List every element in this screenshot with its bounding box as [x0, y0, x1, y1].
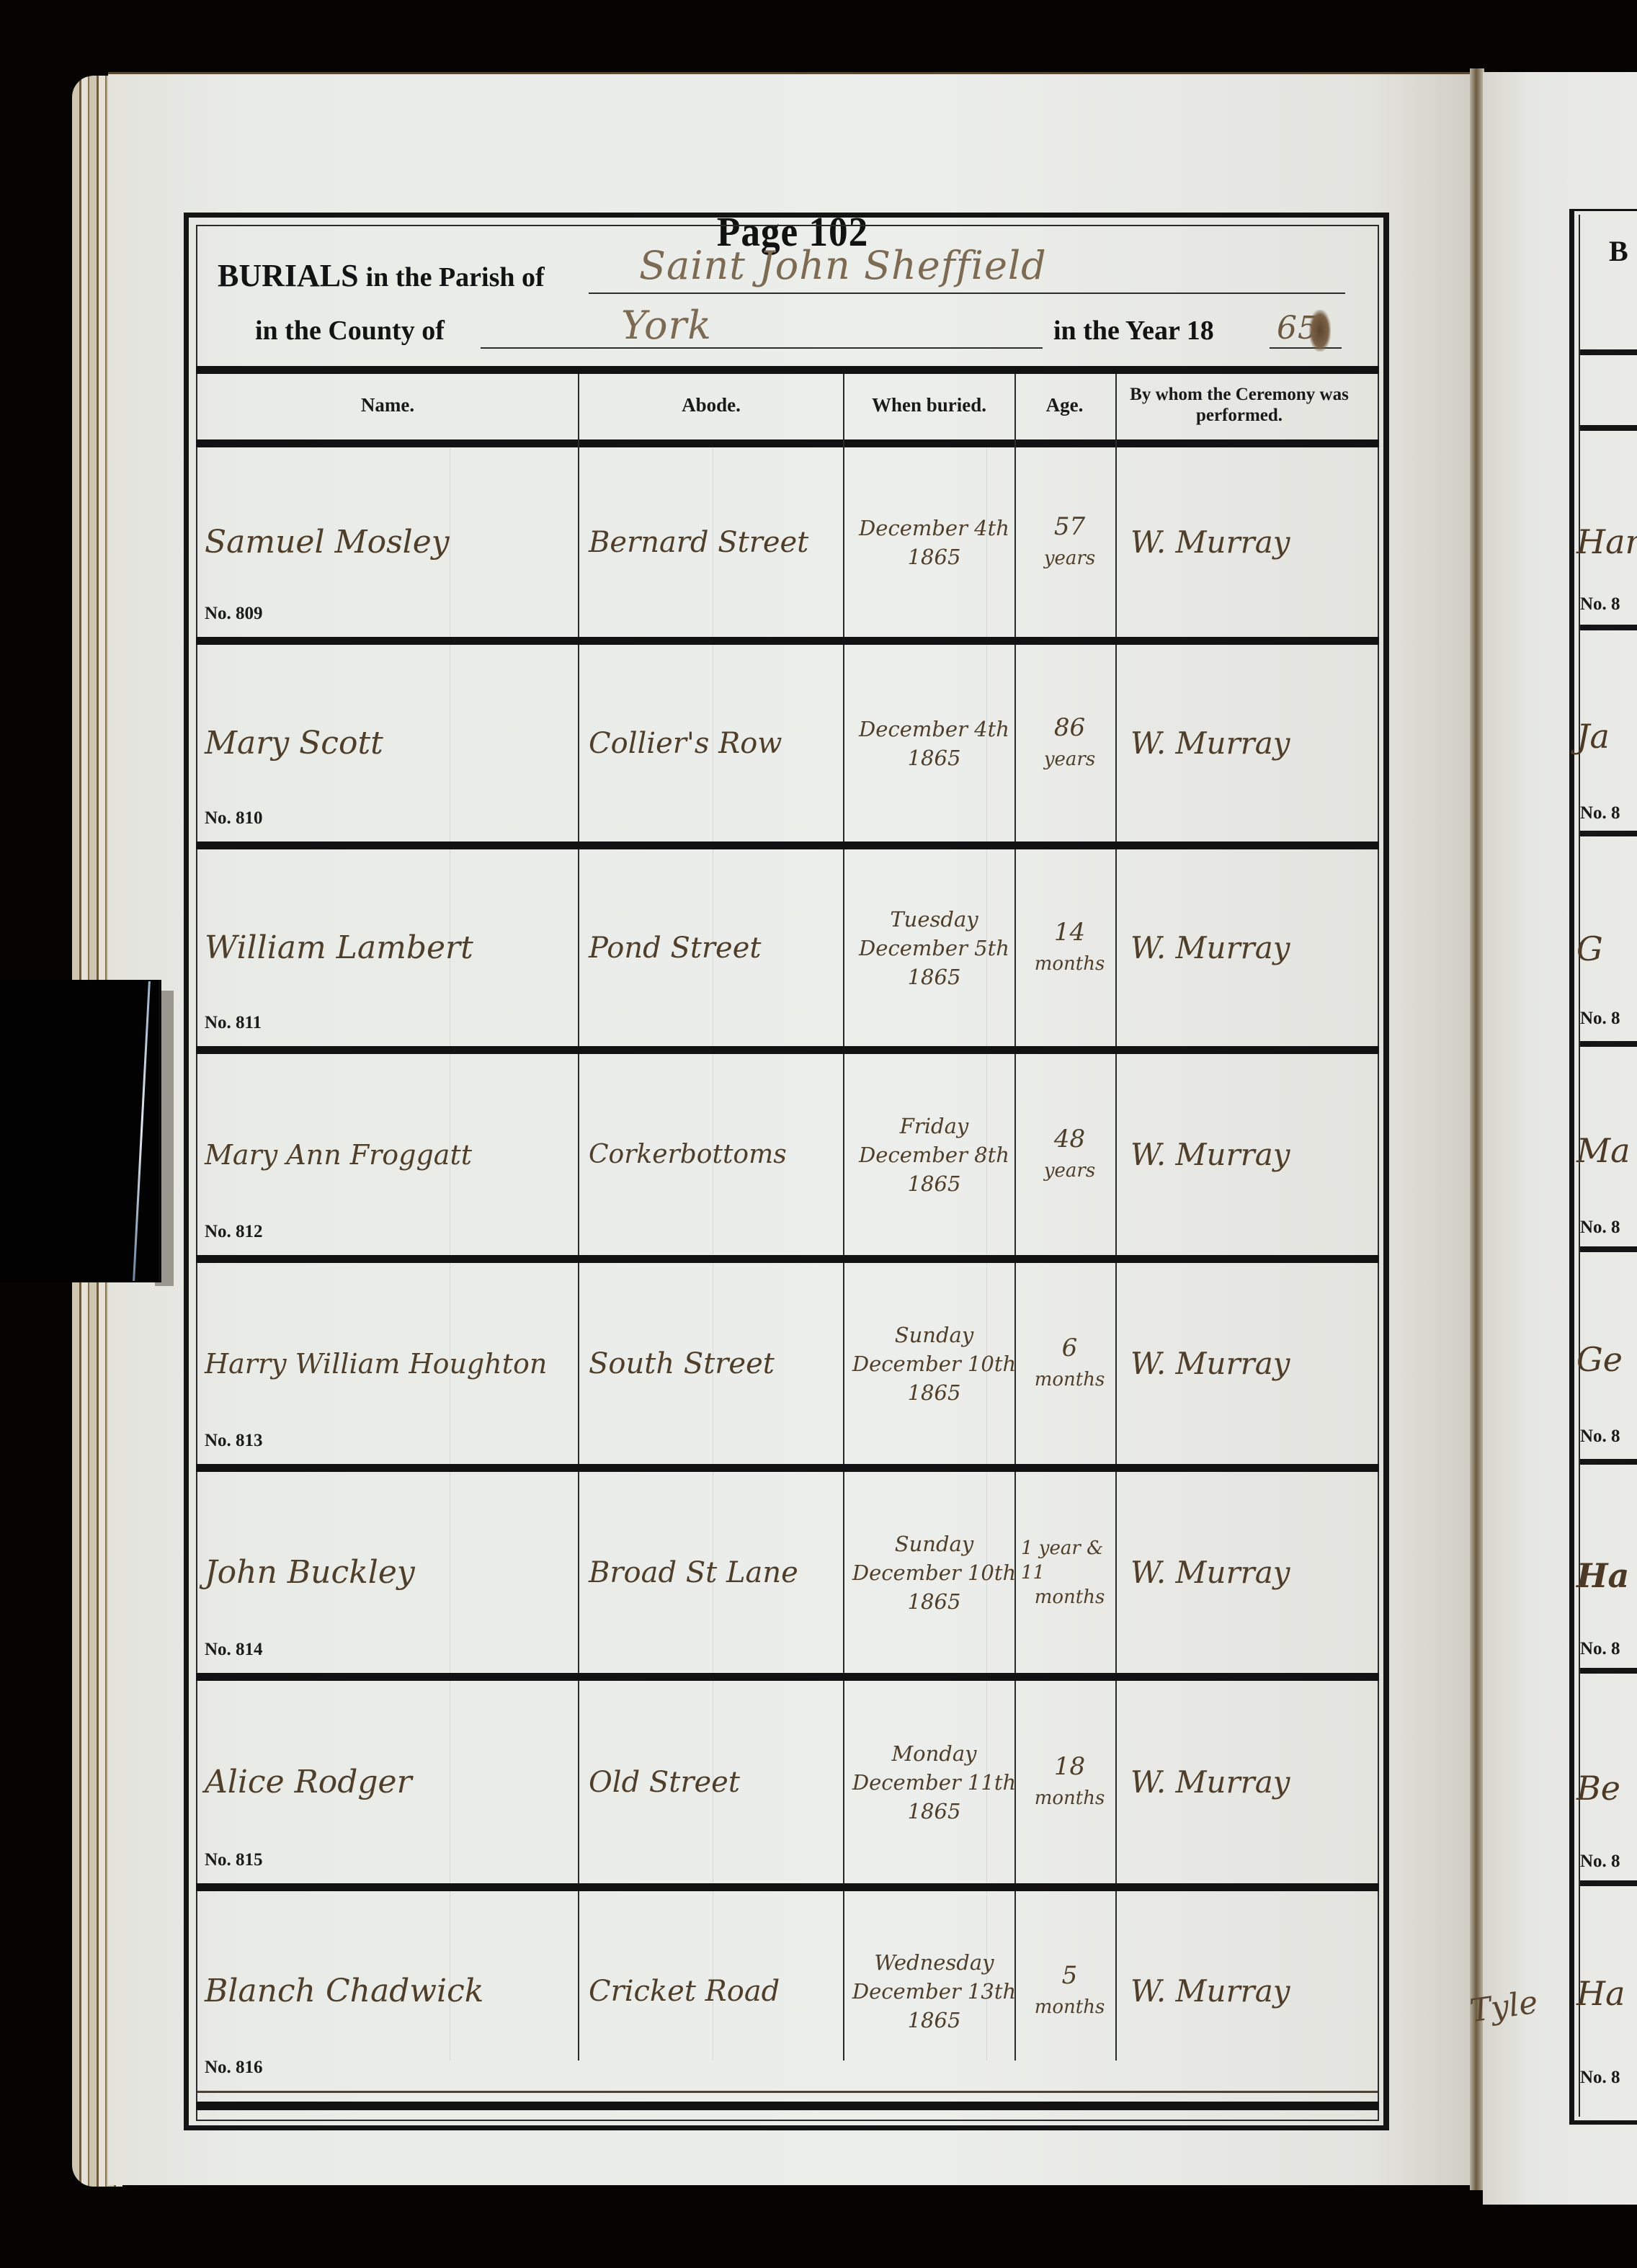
entry-age: 14 months	[1021, 849, 1118, 1046]
entry-age: 57 years	[1021, 447, 1118, 637]
entry-abode: Broad St Lane	[583, 1472, 852, 1673]
entry-number: No. 814	[205, 1640, 263, 1660]
entry-age: 1 year & 11 months	[1021, 1472, 1118, 1673]
entry-when-buried: Monday December 11th 1865	[849, 1681, 1019, 1883]
entry-age: 5 months	[1021, 1891, 1118, 2091]
burial-register-table: BURIALS in the Parish of Saint John Shef…	[184, 213, 1389, 2130]
entry-officiant: W. Murray	[1122, 849, 1375, 1046]
column-header-name: Name.	[197, 372, 578, 437]
entry-abode: Bernard Street	[583, 447, 852, 637]
entry-abode: South Street	[583, 1263, 852, 1464]
entry-officiant: W. Murray	[1122, 645, 1375, 841]
entry-officiant: W. Murray	[1122, 1054, 1375, 1255]
burial-entry-811: William Lambert Pond Street Tuesday Dece…	[197, 849, 1378, 1046]
register-page-right: B Han No. 8 Ja No. 8 G No. 8 Ma No. 8 Ge…	[1483, 72, 1637, 2205]
burial-entry-812: Mary Ann Froggatt Corkerbottoms Friday D…	[197, 1054, 1378, 1255]
book-gutter	[1470, 68, 1484, 2190]
bookmark-tab	[0, 980, 161, 1282]
entry-officiant: W. Murray	[1122, 1472, 1375, 1673]
entry-officiant: W. Murray	[1122, 1263, 1375, 1464]
entry-when-buried: Tuesday December 5th 1865	[849, 849, 1019, 1046]
entry-abode: Pond Street	[583, 849, 852, 1046]
entry-number: No. 813	[205, 1431, 263, 1451]
column-header-abode: Abode.	[579, 372, 843, 437]
burial-entry-815: Alice Rodger Old Street Monday December …	[197, 1681, 1378, 1883]
county-label: in the County of	[255, 315, 445, 347]
entry-abode: Cricket Road	[583, 1891, 852, 2091]
register-page-left: Page 102 BURIALS in the Parish of Saint …	[108, 72, 1477, 2185]
entry-when-buried: Sunday December 10th 1865	[849, 1472, 1019, 1673]
entry-officiant: W. Murray	[1122, 1681, 1375, 1883]
entry-abode: Collier's Row	[583, 645, 852, 841]
entry-when-buried: December 4th 1865	[849, 645, 1019, 841]
burial-entry-809: Samuel Mosley Bernard Street December 4t…	[197, 447, 1378, 637]
entry-age: 86 years	[1021, 645, 1118, 841]
entry-when-buried: Wednesday December 13th 1865	[849, 1891, 1019, 2091]
entry-officiant: W. Murray	[1122, 1891, 1375, 2091]
entry-number: No. 816	[205, 2058, 263, 2078]
county-fill-line	[481, 347, 1043, 349]
column-header-when-buried: When buried.	[844, 372, 1014, 437]
entry-officiant: W. Murray	[1122, 447, 1375, 637]
entry-age: 18 months	[1021, 1681, 1118, 1883]
burial-entry-813: Harry William Houghton South Street Sund…	[197, 1263, 1378, 1464]
entry-number: No. 811	[205, 1013, 262, 1033]
ink-blot	[1309, 310, 1331, 352]
entry-age: 48 years	[1021, 1054, 1118, 1255]
burial-entry-814: John Buckley Broad St Lane Sunday Decemb…	[197, 1472, 1378, 1673]
entry-when-buried: Sunday December 10th 1865	[849, 1263, 1019, 1464]
register-heading-parish: BURIALS in the Parish of	[218, 257, 545, 294]
column-header-officiant: By whom the Ceremony was performed.	[1117, 372, 1362, 437]
year-label: in the Year 18	[1053, 315, 1214, 347]
entry-number: No. 815	[205, 1850, 263, 1870]
entry-number: No. 810	[205, 808, 263, 829]
entry-when-buried: December 4th 1865	[849, 447, 1019, 637]
parish-value: Saint John Sheffield	[639, 243, 1047, 288]
entry-abode: Corkerbottoms	[583, 1054, 852, 1255]
entry-number: No. 812	[205, 1222, 263, 1242]
county-value: York	[621, 303, 712, 348]
parish-fill-line	[589, 293, 1345, 294]
column-header-age: Age.	[1016, 372, 1113, 437]
entry-age: 6 months	[1021, 1263, 1118, 1464]
entry-abode: Old Street	[583, 1681, 852, 1883]
entry-number: No. 809	[205, 604, 263, 624]
entry-when-buried: Friday December 8th 1865	[849, 1054, 1019, 1255]
burial-entry-810: Mary Scott Collier's Row December 4th 18…	[197, 645, 1378, 841]
facing-page-title-fragment: B	[1609, 234, 1628, 268]
parish-label: in the Parish of	[366, 262, 545, 293]
burial-entry-816: Blanch Chadwick Cricket Road Wednesday D…	[197, 1891, 1378, 2091]
register-title: BURIALS	[218, 258, 359, 293]
